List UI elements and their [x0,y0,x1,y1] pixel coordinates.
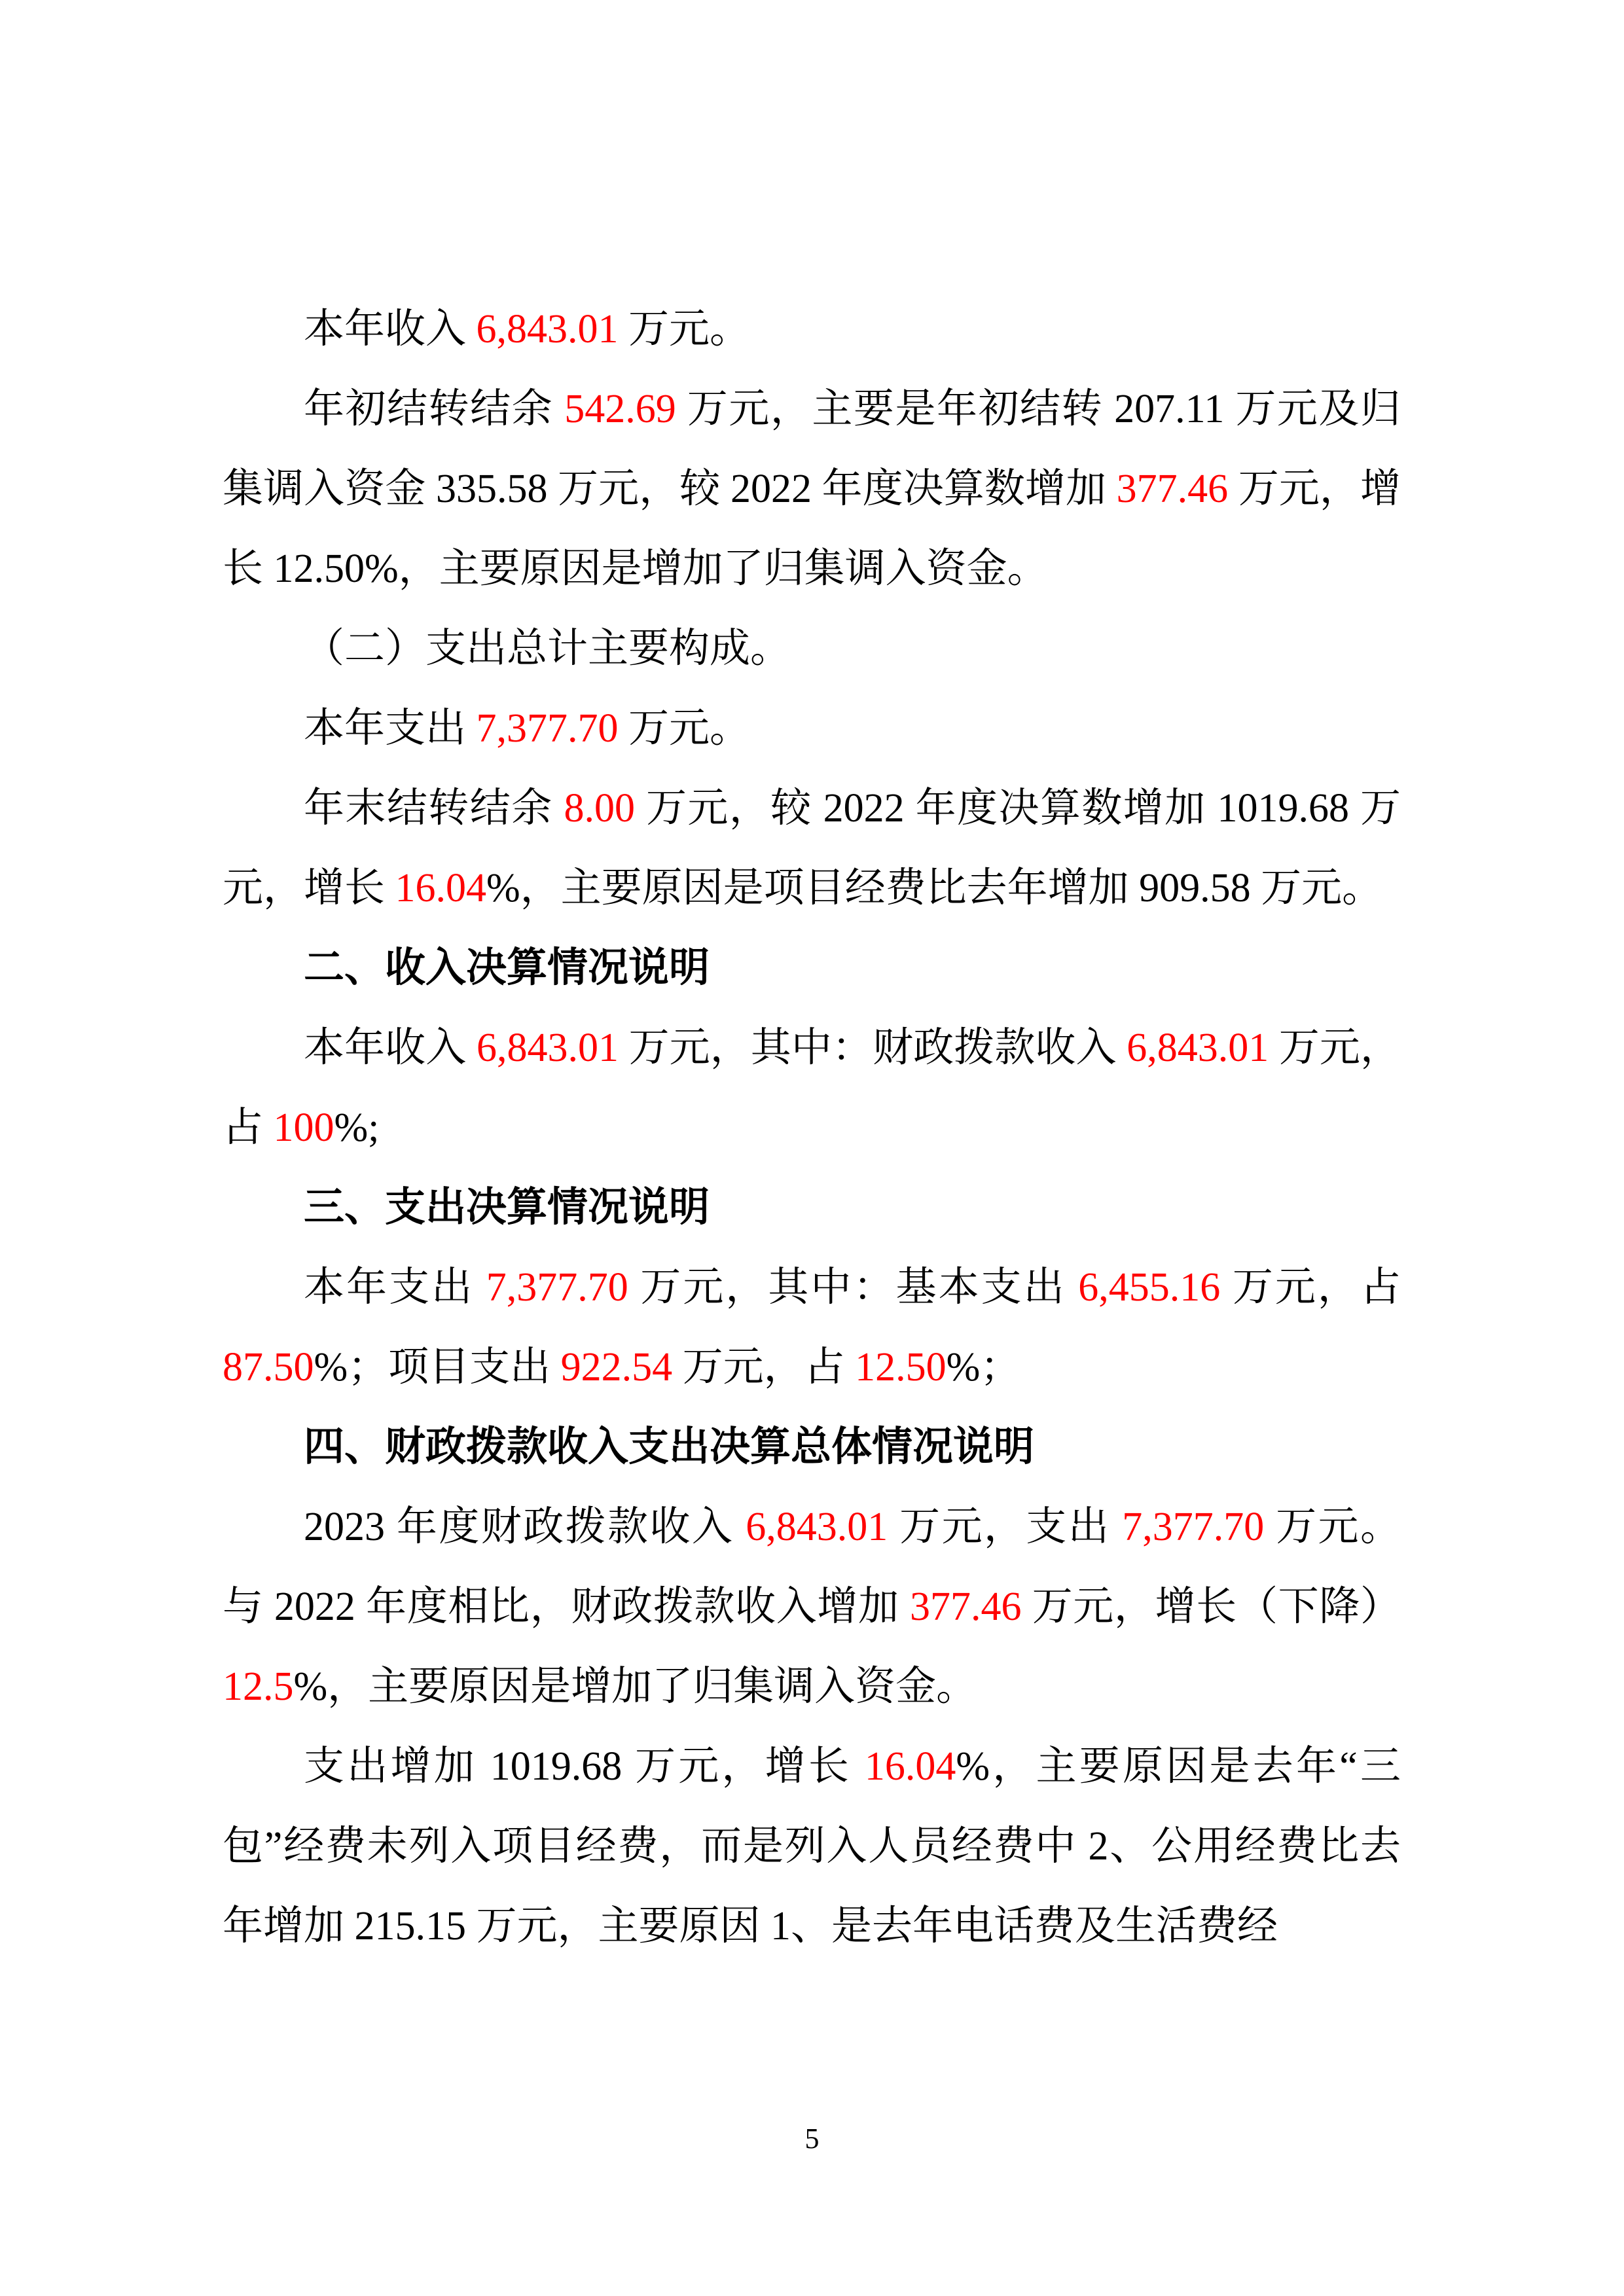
text-run: 万元。 [619,706,751,751]
highlighted-value: 12.50 [855,1345,947,1390]
highlighted-value: 377.46 [910,1585,1022,1629]
text-run: %；项目支出 [314,1345,561,1390]
highlighted-value: 7,377.70 [1122,1505,1264,1549]
paragraph: 本年收入 6,843.01 万元，其中：财政拨款收入 6,843.01 万元，占… [223,1008,1401,1168]
highlighted-value: 100 [274,1105,334,1150]
highlighted-value: 922.54 [561,1345,673,1390]
text-run: %; [334,1105,380,1150]
section-heading: 三、支出决算情况说明 [223,1168,1401,1247]
text-run: 四、财政拨款收入支出决算总体情况说明 [304,1424,1034,1469]
text-run: 万元，其中：财政拨款收入 [619,1026,1127,1070]
paragraph: 本年支出 7,377.70 万元，其中：基本支出 6,455.16 万元，占 8… [223,1247,1401,1407]
text-run: 年末结转结余 [304,786,564,831]
paragraph: 本年收入 6,843.01 万元。 [223,289,1401,369]
paragraph: 支出增加 1019.68 万元，增长 16.04%，主要原因是去年“三包”经费未… [223,1727,1401,1966]
paragraph: 本年支出 7,377.70 万元。 [223,689,1401,768]
text-run: %，主要原因是项目经费比去年增加 909.58 万元。 [486,866,1382,910]
text-run: 二、收入决算情况说明 [304,945,710,990]
highlighted-value: 6,843.01 [1127,1026,1269,1070]
text-run: 万元，增长（下降） [1021,1585,1401,1629]
text-run: 万元，占 [1220,1265,1401,1310]
paragraph: 年末结转结余 8.00 万元，较 2022 年度决算数增加 1019.68 万元… [223,768,1401,928]
paragraph: （二）支出总计主要构成。 [223,609,1401,689]
text-run: 万元，占 [672,1345,855,1390]
highlighted-value: 16.04 [395,866,487,910]
text-run: 三、支出决算情况说明 [304,1185,710,1230]
text-run: 本年收入 [304,307,477,351]
highlighted-value: 16.04 [865,1744,956,1789]
highlighted-value: 12.5 [223,1664,294,1709]
highlighted-value: 6,455.16 [1078,1265,1220,1310]
paragraph: 2023 年度财政拨款收入 6,843.01 万元，支出 7,377.70 万元… [223,1487,1401,1727]
text-run: 本年支出 [304,1265,486,1310]
highlighted-value: 6,843.01 [477,1026,619,1070]
text-run: %； [947,1345,1021,1390]
section-heading: 四、财政拨款收入支出决算总体情况说明 [223,1407,1401,1487]
text-run: 万元，其中：基本支出 [628,1265,1079,1310]
highlighted-value: 8.00 [564,786,636,831]
text-run: %，主要原因是增加了归集调入资金。 [294,1664,977,1709]
section-heading: 二、收入决算情况说明 [223,928,1401,1008]
highlighted-value: 87.50 [223,1345,314,1390]
text-run: 本年支出 [304,706,477,751]
highlighted-value: 6,843.01 [746,1505,888,1549]
text-run: 年初结转结余 [304,387,564,431]
text-run: （二）支出总计主要构成。 [304,626,791,671]
highlighted-value: 377.46 [1117,467,1229,511]
page-number: 5 [0,2119,1624,2159]
highlighted-value: 542.69 [564,387,676,431]
document-page: 本年收入 6,843.01 万元。年初结转结余 542.69 万元，主要是年初结… [0,0,1624,2296]
paragraph: 年初结转结余 542.69 万元，主要是年初结转 207.11 万元及归集调入资… [223,369,1401,609]
text-run: 本年收入 [304,1026,477,1070]
document-body: 本年收入 6,843.01 万元。年初结转结余 542.69 万元，主要是年初结… [223,289,1401,1966]
text-run: 支出增加 1019.68 万元，增长 [304,1744,865,1789]
highlighted-value: 6,843.01 [477,307,619,351]
highlighted-value: 7,377.70 [477,706,619,751]
text-run: 2023 年度财政拨款收入 [304,1505,746,1549]
highlighted-value: 7,377.70 [486,1265,628,1310]
text-run: 万元。 [619,307,751,351]
text-run: 万元，支出 [888,1505,1122,1549]
